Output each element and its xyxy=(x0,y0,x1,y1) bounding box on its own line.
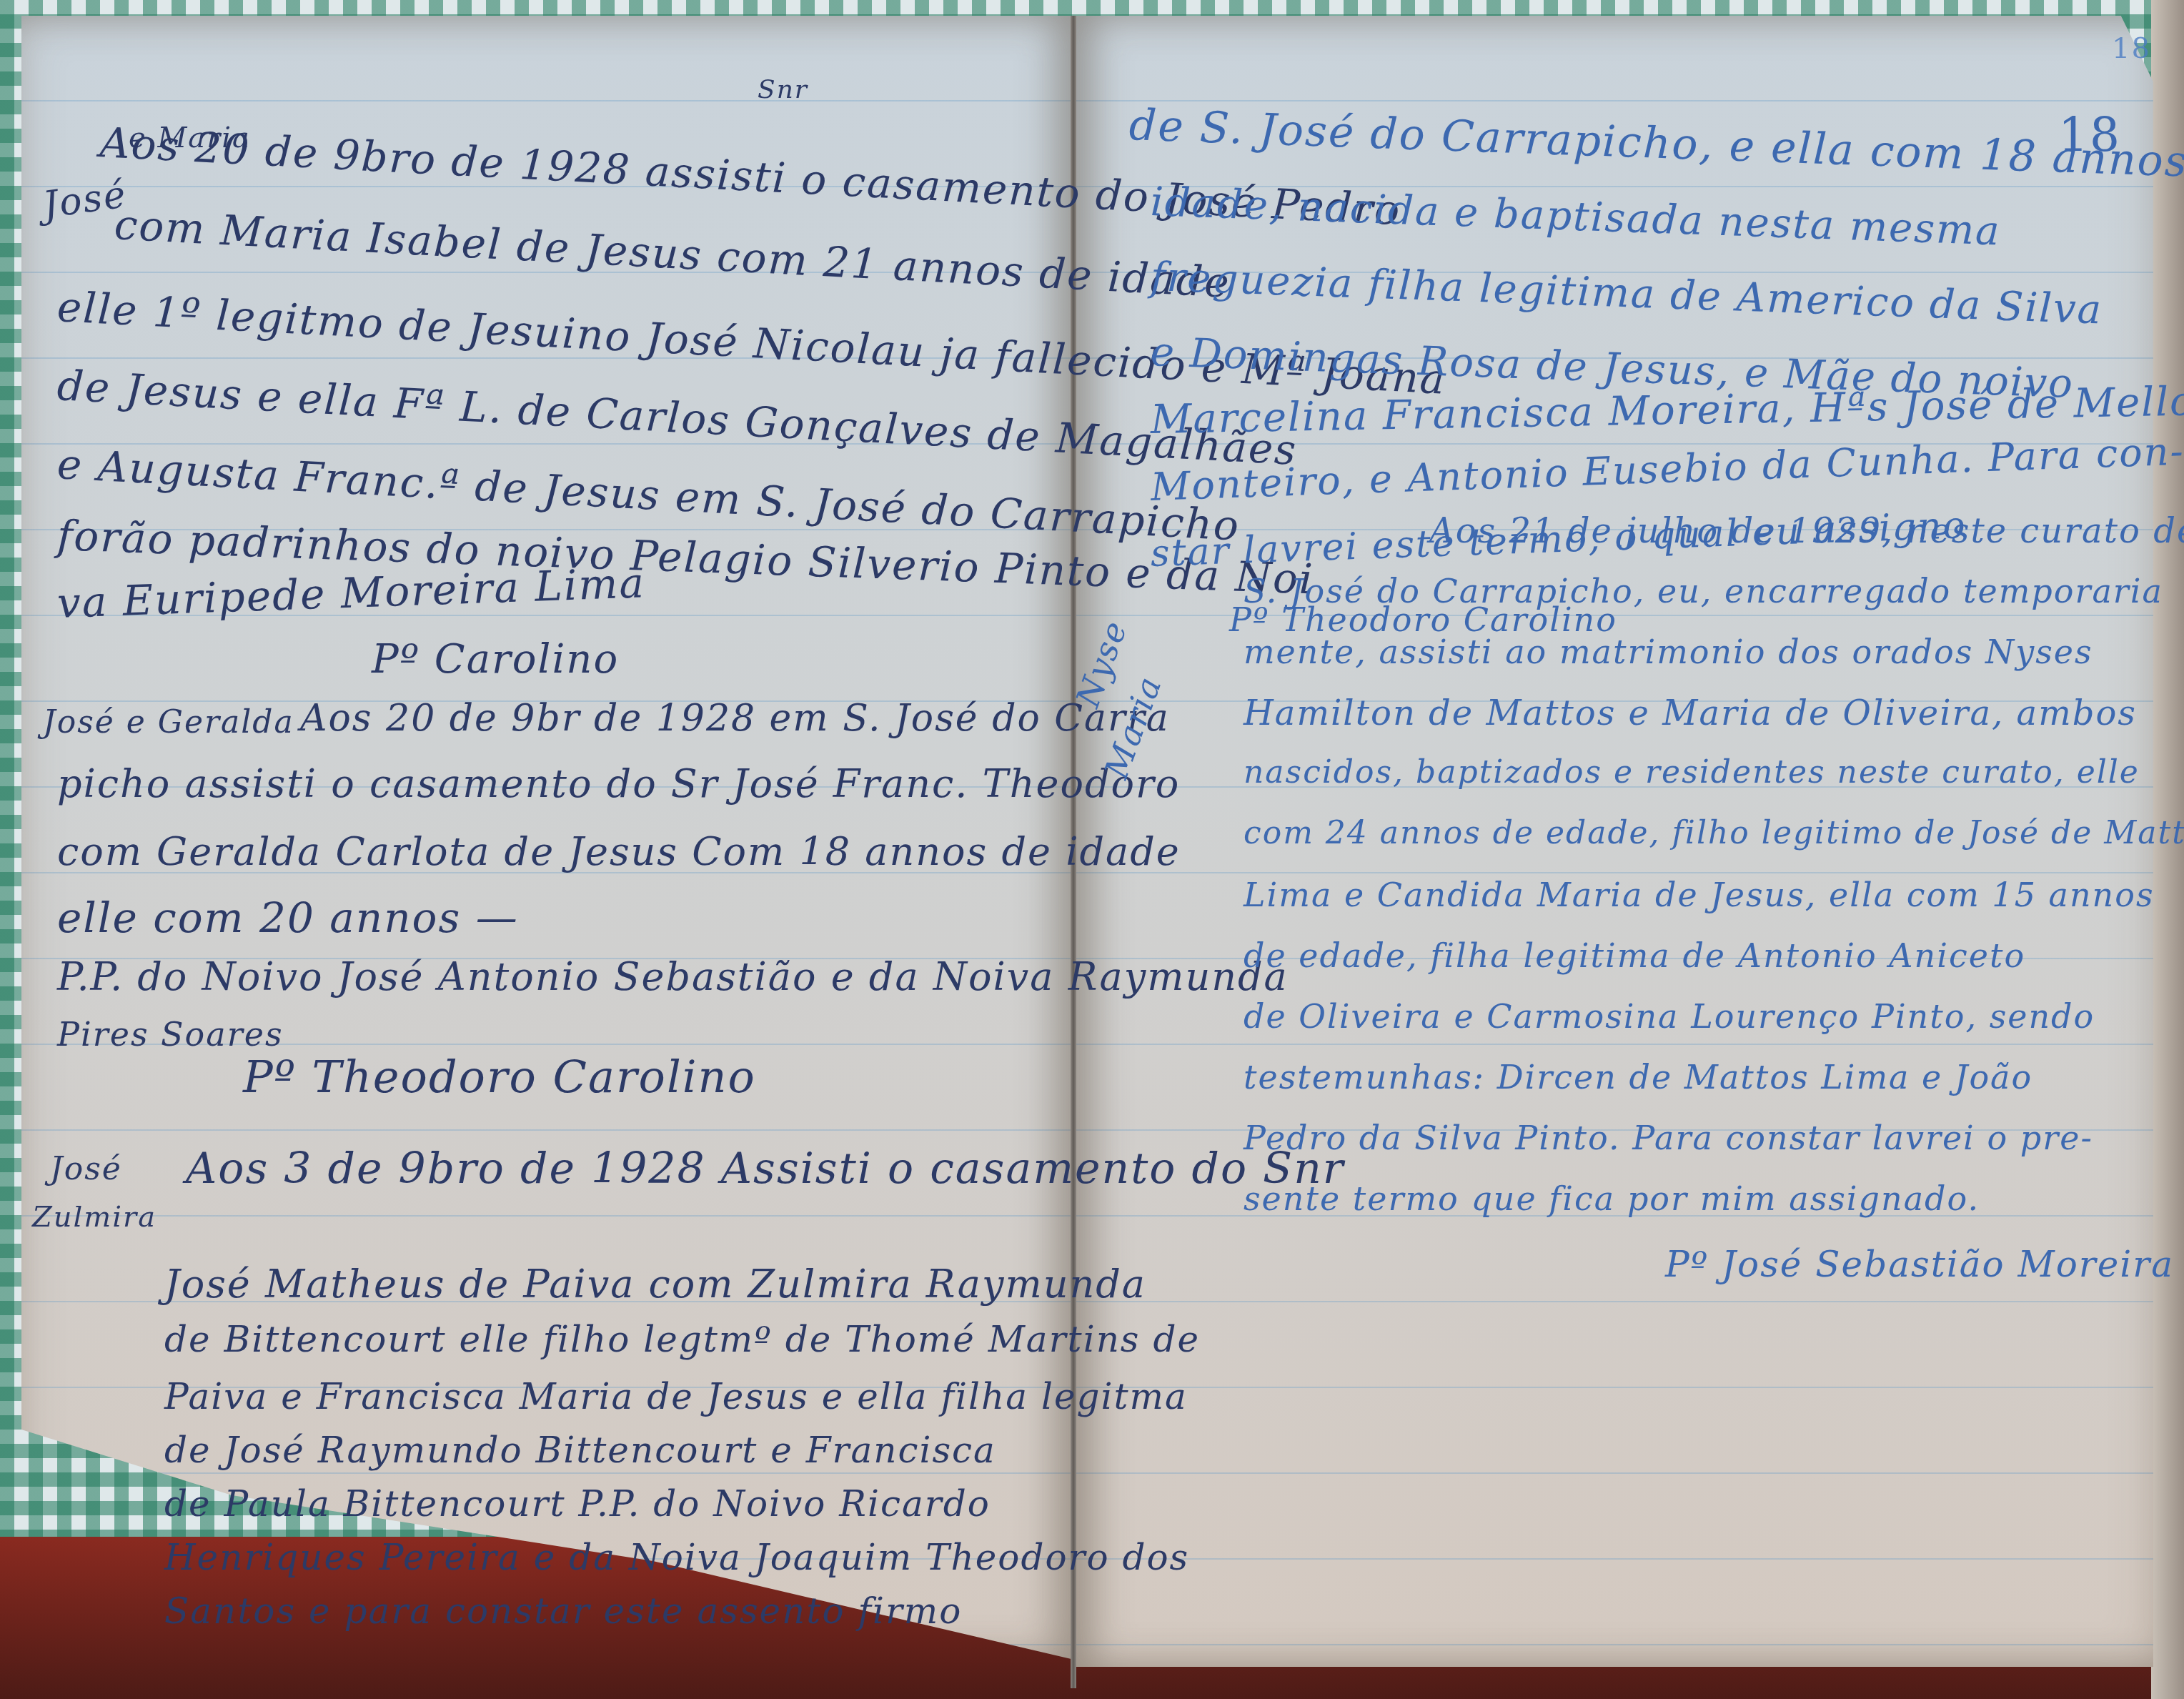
handwritten-line: de Bittencourt elle filho legtmº de Thom… xyxy=(164,1319,1200,1360)
handwritten-line: Pires Soares xyxy=(57,1015,284,1054)
handwritten-line: nascidos, baptizados e residentes neste … xyxy=(1244,754,2140,791)
handwritten-line: sente termo que fica por mim assignado. xyxy=(1244,1179,1980,1218)
handwritten-line: Santos e para constar este assento firmo xyxy=(164,1590,962,1632)
handwritten-line: Aos 3 de 9bro de 1928 Assisti o casament… xyxy=(186,1144,1345,1194)
handwritten-line: de José Raymundo Bittencourt e Francisca xyxy=(164,1430,996,1471)
priest-signature: Pº Carolino xyxy=(372,636,619,683)
handwritten-line: elle com 20 annos — xyxy=(57,893,519,942)
page-stamp-number: 18 xyxy=(2112,32,2151,65)
handwritten-line: Pedro da Silva Pinto. Para constar lavre… xyxy=(1244,1119,2093,1157)
handwritten-line: picho assisti o casamento do Sr José Fra… xyxy=(57,761,1180,806)
handwritten-line: testemunhas: Dircen de Mattos Lima e Joã… xyxy=(1244,1058,2032,1096)
priest-signature: Pº José Sebastião Moreira xyxy=(1665,1244,2174,1285)
handwritten-line: Paiva e Francisca Maria de Jesus e ella … xyxy=(164,1376,1188,1417)
handwritten-line: com 24 annos de edade, filho legitimo de… xyxy=(1244,815,2184,851)
handwritten-line: Aos 21 de julho de 1929, neste curato de xyxy=(1429,511,2184,551)
handwritten-line: Henriques Pereira e da Noiva Joaquim The… xyxy=(164,1537,1189,1578)
handwritten-line: mente, assisti ao matrimonio dos orados … xyxy=(1244,633,2093,671)
handwritten-line: Hamilton de Mattos e Maria de Oliveira, … xyxy=(1244,693,2137,733)
margin-name: Zulmira xyxy=(32,1201,157,1234)
priest-signature: Pº Theodoro Carolino xyxy=(243,1051,756,1103)
handwritten-line: de Oliveira e Carmosina Lourenço Pinto, … xyxy=(1244,997,2095,1036)
handwritten-line: José Matheus de Paiva com Zulmira Raymun… xyxy=(164,1262,1146,1307)
handwritten-line: com Geralda Carlota de Jesus Com 18 anno… xyxy=(57,829,1181,874)
superscript-note: Snr xyxy=(758,75,808,104)
margin-name: José xyxy=(50,1151,122,1187)
handwritten-line: P.P. do Noivo José Antonio Sebastião e d… xyxy=(57,954,1289,999)
margin-name: José e Geralda xyxy=(43,704,294,740)
handwritten-line: Lima e Candida Maria de Jesus, ella com … xyxy=(1244,876,2155,914)
handwritten-line: Aos 20 de 9br de 1928 em S. José do Carr… xyxy=(300,697,1170,740)
handwritten-line: de edade, filha legitima de Antonio Anic… xyxy=(1244,936,2025,975)
handwritten-line: de Paula Bittencourt P.P. do Noivo Ricar… xyxy=(164,1483,991,1525)
handwritten-line: S. José do Carrapicho, eu, encarregado t… xyxy=(1244,572,2163,610)
